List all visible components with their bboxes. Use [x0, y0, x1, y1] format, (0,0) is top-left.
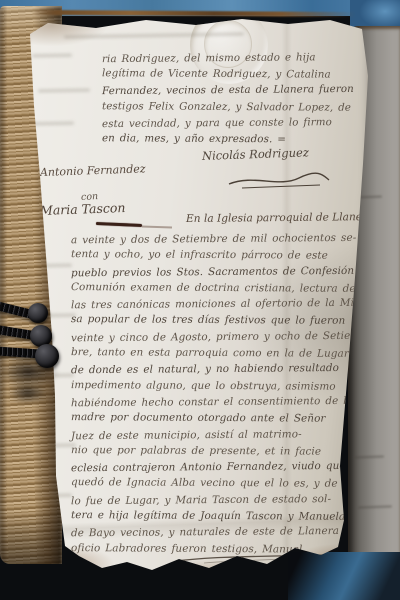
entry-opening-line: En la Iglesia parroquial de Llanera: [186, 211, 374, 225]
manuscript-line: de donde es el natural, y no habiendo re…: [71, 360, 371, 379]
binding-pins: [0, 0, 80, 420]
blue-cloth-bottom-corner: [288, 552, 400, 600]
manuscript-line: Fernandez, vecinos de esta de Llanera fu…: [102, 81, 364, 99]
manuscript-line: madre por documento otorgado ante el Señ…: [71, 409, 371, 427]
photograph-of-manuscript-register: ria Rodriguez, del mismo estado e hija l…: [0, 0, 400, 600]
manuscript-line: tenta y ocho, yo el infrascrito párroco …: [71, 246, 371, 264]
manuscript-line: en dia, mes, y año expresados. =: [102, 130, 364, 148]
manuscript-line: quedó de Ignacia Alba vecino que el lo e…: [71, 475, 371, 493]
signature-rubric-flourish: [224, 166, 334, 192]
manuscript-line: testigos Felix Gonzalez, y Salvador Lope…: [102, 98, 364, 116]
ink-showthrough: [354, 455, 384, 458]
manuscript-line: Juez de este municipio, asistí al matrim…: [71, 425, 371, 444]
marriage-entry: a veinte y dos de Setiembre de mil ochoc…: [71, 231, 371, 557]
manuscript-line: de Bayo vecinos, y naturales de este de …: [71, 523, 371, 542]
ink-showthrough: [358, 505, 392, 508]
pin-shadow: [8, 382, 48, 404]
manuscript-line: sa popular de los tres días festivos que…: [71, 312, 371, 330]
pin-head: [35, 344, 59, 368]
continuation-entry: ria Rodriguez, del mismo estado e hija l…: [102, 50, 364, 147]
manuscript-line: esta vecindad, y para que conste lo firm…: [102, 114, 364, 132]
margin-underline-tail: [142, 225, 172, 228]
margin-underline-stroke: [96, 222, 142, 227]
priest-signature: Nicolás Rodriguez: [202, 145, 309, 163]
torn-page-top-edge: [30, 10, 365, 17]
pin-head: [28, 303, 48, 323]
